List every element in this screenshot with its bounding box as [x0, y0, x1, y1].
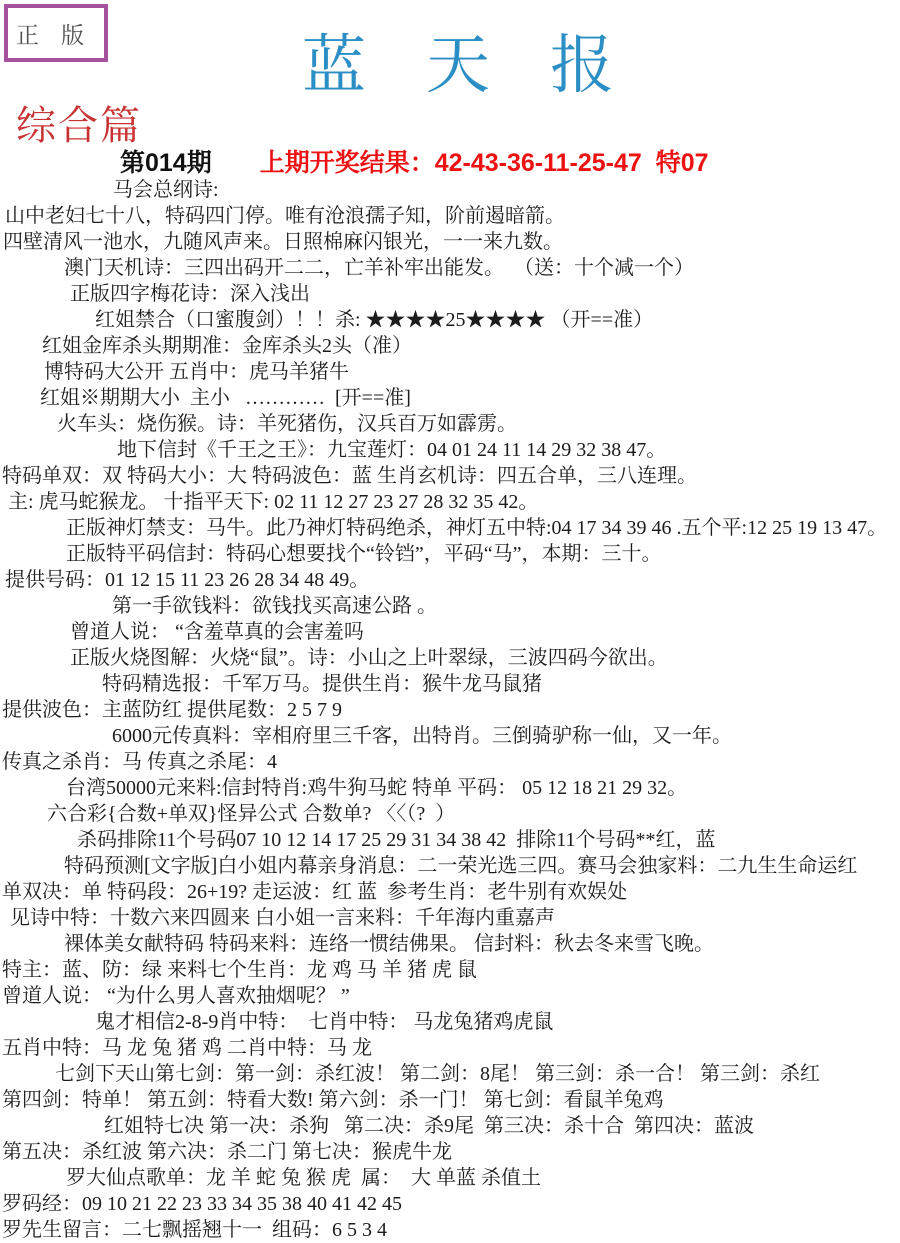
edition-label: 正版 [6, 17, 106, 50]
text-line: 鬼才相信2-8-9肖中特： 七肖中特： 马龙兔猪鸡虎鼠 [0, 1009, 900, 1035]
text-line: 第一手欲钱料：欲钱找买高速公路 。 [0, 593, 900, 619]
text-line: 红姐禁合（口蜜腹剑）！！杀: ★★★★25★★★★ （开==准） [0, 307, 900, 333]
text-line: 正版四字梅花诗：深入浅出 [0, 281, 900, 307]
text-line: 澳门天机诗：三四出码开二二，亡羊补牢出能发。 （送：十个减一个） [0, 255, 900, 281]
text-line: 正版特平码信封：特码心想要找个“铃铛”，平码“马”，本期：三十。 [0, 541, 900, 567]
text-line: 特主：蓝、防：绿 来料七个生肖：龙 鸡 马 羊 猪 虎 鼠 [0, 957, 900, 983]
content-lines: 马会总纲诗:山中老妇七十八，特码四门停。唯有沧浪孺子知，阶前遏暗箭。四壁清风一池… [0, 177, 900, 1243]
text-line: 五肖中特：马 龙 兔 猪 鸡 二肖中特：马 龙 [0, 1035, 900, 1061]
text-line: 第五决：杀红波 第六决：杀二门 第七决：猴虎牛龙 [0, 1139, 900, 1165]
edition-badge: 正版 [4, 4, 108, 62]
text-line: 正版火烧图解：火烧“鼠”。诗：小山之上叶翠绿，三波四码今欲出。 [0, 645, 900, 671]
issue-row: 第014期 上期开奖结果：42-43-36-11-25-47 特07 [120, 143, 709, 179]
text-line: 单双决：单 特码段：26+19? 走运波：红 蓝 参考生肖：老牛别有欢娱处 [0, 879, 900, 905]
text-line: 火车头：烧伤猴。诗：羊死猪伤，汉兵百万如霹雳。 [0, 411, 900, 437]
text-line: 罗大仙点歌单：龙 羊 蛇 兔 猴 虎 属： 大 单蓝 杀值土 [0, 1165, 900, 1191]
text-line: 罗码经：09 10 21 22 23 33 34 35 38 40 41 42 … [0, 1191, 900, 1217]
text-line: 第四剑：特单！ 第五剑：特看大数! 第六剑：杀一门！ 第七剑：看鼠羊兔鸡 [0, 1087, 900, 1113]
issue-number: 第014期 [120, 143, 212, 179]
text-line: 正版神灯禁支：马牛。此乃神灯特码绝杀，神灯五中特:04 17 34 39 46 … [0, 515, 900, 541]
text-line: 地下信封《千王之王》：九宝莲灯：04 01 24 11 14 29 32 38 … [0, 437, 900, 463]
text-line: 罗先生留言：二七飘摇翘十一 组码：6 5 3 4 [0, 1217, 900, 1243]
newspaper-page: 正版 蓝天报 综合篇 第014期 上期开奖结果：42-43-36-11-25-4… [0, 0, 900, 1243]
text-line: 曾道人说： “为什么男人喜欢抽烟呢？ ” [0, 983, 900, 1009]
text-line: 特码预测[文字版]白小姐内幕亲身消息：二一荣光选三四。赛马会独家料：二九生生命运… [0, 853, 900, 879]
last-draw-result: 上期开奖结果：42-43-36-11-25-47 特07 [260, 143, 709, 179]
text-line: 四壁清风一池水，九随风声来。日照棉麻闪银光，一一来九数。 [0, 229, 900, 255]
text-line: 台湾50000元来料:信封特肖:鸡牛狗马蛇 特单 平码： 05 12 18 21… [0, 775, 900, 801]
text-line: 七剑下天山第七剑：第一剑：杀红波！ 第二剑：8尾！ 第三剑：杀一合！ 第三剑：杀… [0, 1061, 900, 1087]
text-line: 杀码排除11个号码07 10 12 14 17 25 29 31 34 38 4… [0, 827, 900, 853]
text-line: 山中老妇七十八，特码四门停。唯有沧浪孺子知，阶前遏暗箭。 [0, 203, 900, 229]
text-line: 红姐特七决 第一决：杀狗 第二决：杀9尾 第三决：杀十合 第四决：蓝波 [0, 1113, 900, 1139]
text-line: 特码精选报：千军万马。提供生肖：猴牛龙马鼠猪 [0, 671, 900, 697]
text-line: 曾道人说： “含羞草真的会害羞吗 [0, 619, 900, 645]
text-line: 六合彩{合数+单双}怪异公式 合数单? 〈〈（? ） [0, 801, 900, 827]
text-line: 裸体美女献特码 特码来料：连络一惯结佛果。 信封料：秋去冬来雪飞晚。 [0, 931, 900, 957]
text-line: 提供波色：主蓝防红 提供尾数：2 5 7 9 [0, 697, 900, 723]
text-line: 特码单双：双 特码大小：大 特码波色：蓝 生肖玄机诗：四五合单，三八连理。 [0, 463, 900, 489]
text-line: 红姐金库杀头期期准：金库杀头2头（准） [0, 333, 900, 359]
text-line: 博特码大公开 五肖中：虎马羊猪牛 [0, 359, 900, 385]
text-line: 传真之杀肖：马 传真之杀尾：4 [0, 749, 900, 775]
text-line: 见诗中特：十数六来四圆来 白小姐一言来料：千年海内重嘉声 [0, 905, 900, 931]
text-line: 6000元传真料：宰相府里三千客，出特肖。三倒骑驴称一仙，又一年。 [0, 723, 900, 749]
text-line: 提供号码：01 12 15 11 23 26 28 34 48 49。 [0, 567, 900, 593]
paper-title: 蓝天报 [302, 14, 674, 106]
text-line: 马会总纲诗: [0, 177, 900, 203]
text-line: 主: 虎马蛇猴龙。 十指平天下: 02 11 12 27 23 27 28 32… [0, 489, 900, 515]
text-line: 红姐※期期大小 主小 ………… [开==准] [0, 385, 900, 411]
